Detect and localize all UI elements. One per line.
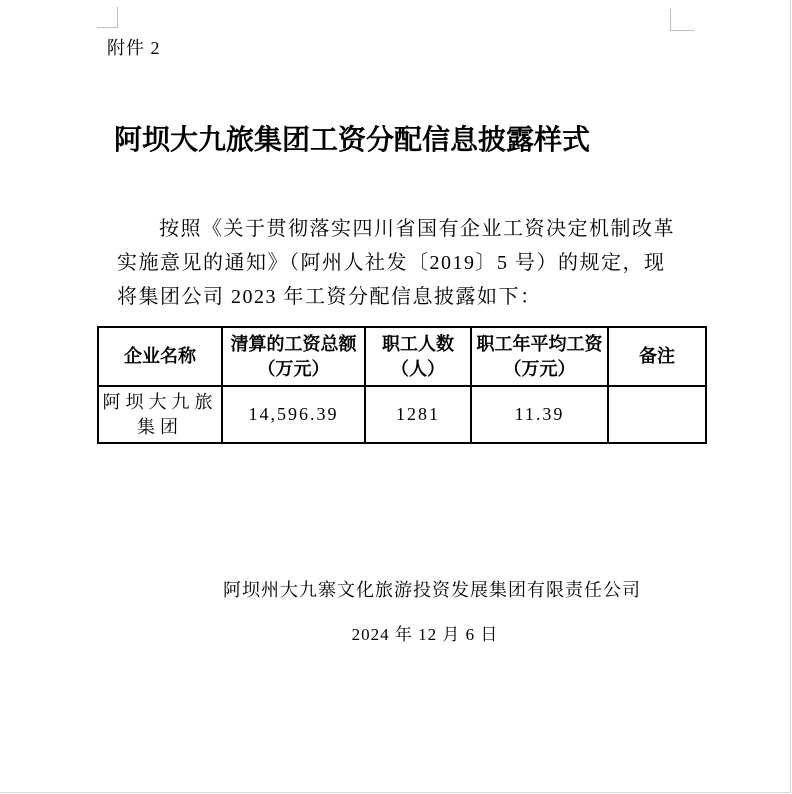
col-header-unit: （万元） [223, 357, 364, 382]
col-header-total-wages: 清算的工资总额 （万元） [222, 327, 365, 386]
margin-corner-mark-top-right [670, 9, 694, 31]
col-header-remark: 备注 [608, 327, 706, 386]
col-header-headcount: 职工人数 （人） [365, 327, 471, 386]
wage-disclosure-table: 企业名称 清算的工资总额 （万元） 职工人数 （人） 职工年平均工资 （万元） … [97, 326, 707, 444]
body-paragraph: 按照《关于贯彻落实四川省国有企业工资决定机制改革 实施意见的通知》（阿州人社发〔… [117, 212, 692, 314]
attachment-label: 附件 2 [107, 34, 161, 60]
col-header-title: 企业名称 [99, 344, 221, 369]
margin-corner-mark-top-left [97, 7, 118, 28]
col-header-title: 职工年平均工资 [472, 332, 607, 357]
col-header-unit: （人） [366, 357, 470, 382]
col-header-title: 备注 [609, 344, 705, 369]
signature-company: 阿坝州大九寨文化旅游投资发展集团有限责任公司 [132, 576, 732, 602]
signature-date: 2024 年 12 月 6 日 [125, 620, 725, 645]
col-header-avg-annual-wage: 职工年平均工资 （万元） [471, 327, 608, 386]
cell-avg-annual-wage: 11.39 [471, 386, 608, 443]
table-row: 阿坝大九旅集团 14,596.39 1281 11.39 [98, 386, 706, 443]
cell-remark [608, 386, 706, 443]
col-header-unit: （万元） [472, 357, 607, 382]
cell-headcount: 1281 [365, 386, 471, 443]
col-header-title: 职工人数 [366, 332, 470, 357]
col-header-title: 清算的工资总额 [223, 332, 364, 357]
table-header-row: 企业名称 清算的工资总额 （万元） 职工人数 （人） 职工年平均工资 （万元） … [98, 327, 706, 386]
col-header-company-name: 企业名称 [98, 327, 222, 386]
cell-company-name: 阿坝大九旅集团 [98, 386, 222, 443]
cell-total-wages: 14,596.39 [222, 386, 365, 443]
body-line: 按照《关于贯彻落实四川省国有企业工资决定机制改革 [117, 212, 692, 246]
company-name-text: 阿坝大九旅集团 [101, 390, 219, 440]
body-line: 将集团公司 2023 年工资分配信息披露如下： [117, 280, 692, 314]
document-title: 阿坝大九旅集团工资分配信息披露样式 [0, 118, 704, 158]
document-page: 附件 2 阿坝大九旅集团工资分配信息披露样式 按照《关于贯彻落实四川省国有企业工… [0, 0, 791, 793]
body-line: 实施意见的通知》（阿州人社发〔2019〕5 号）的规定，现 [117, 246, 692, 280]
